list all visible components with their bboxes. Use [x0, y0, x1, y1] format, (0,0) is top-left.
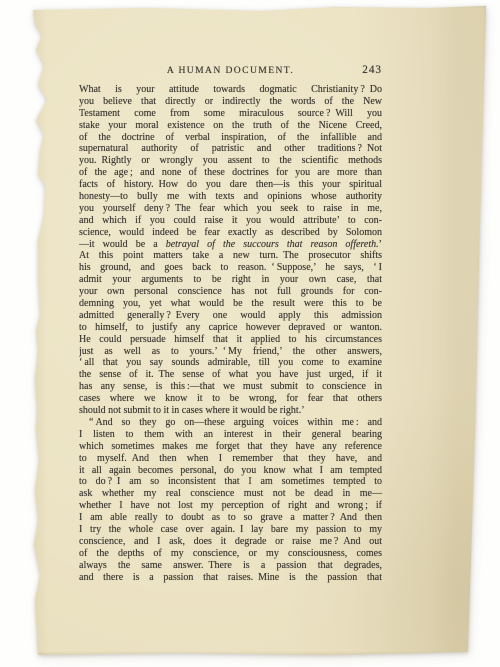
text-line: At this point matters take a new turn. T… — [79, 250, 382, 262]
text-line: should not submit to it in cases where i… — [79, 405, 382, 417]
text-line: to do ? I am so inconsistent that I am s… — [79, 476, 382, 488]
text-line: your own personal conscience has not ful… — [79, 286, 382, 298]
text-line: to himself, to justify any caprice howev… — [79, 322, 382, 334]
text-line: admit your arguments to be right in your… — [79, 274, 382, 286]
text-line: his ground, and goes back to reason. ‘ S… — [79, 262, 382, 274]
text-line: stake your moral existence on the truth … — [79, 120, 382, 132]
book-page: A HUMAN DOCUMENT. 243 What is your attit… — [28, 5, 488, 656]
text-line: supernatural authority of patristic and … — [79, 143, 382, 155]
text-line: of the doctrine of verbal inspiration, o… — [79, 132, 382, 144]
text-line: it all again becomes personal, do you kn… — [79, 465, 382, 477]
text-line: “ And so they go on—these arguing voices… — [79, 417, 382, 429]
text-line: and there is a passion that raises. Mine… — [79, 572, 382, 584]
text-line: I try the whole case over again. I lay b… — [79, 524, 382, 536]
text-line: you. Rightly or wrongly you assent to th… — [79, 155, 382, 167]
text-line: which sometimes makes me forget that the… — [79, 441, 382, 453]
text-line: you believe that directly or indirectly … — [79, 96, 382, 108]
text-line: conscience, and I ask, does it degrade o… — [79, 536, 382, 548]
text-line: He could persuade himself that it applie… — [79, 334, 382, 346]
text-line: admitted generally ? Every one would app… — [79, 310, 382, 322]
text-line: whether I have not lost my perception of… — [79, 500, 382, 512]
text-line: and which if you could raise it you woul… — [79, 215, 382, 227]
scanned-page: A HUMAN DOCUMENT. 243 What is your attit… — [0, 0, 500, 667]
body-text: What is your attitude towards dogmatic C… — [79, 84, 382, 583]
text-line: What is your attitude towards dogmatic C… — [79, 84, 382, 96]
text-line: of the age ; and none of these doctrines… — [79, 167, 382, 179]
text-line: of the depths of my conscience, or my co… — [79, 548, 382, 560]
text-line: always the same answer. There is a passi… — [79, 560, 382, 572]
page-header: A HUMAN DOCUMENT. 243 — [79, 65, 382, 79]
page-number: 243 — [362, 64, 382, 76]
text-line: just as well as to yours.’ ‘ My friend,’… — [79, 346, 382, 358]
text-line: has any sense, is this :—that we must su… — [79, 381, 382, 393]
text-line: the sense of it. The sense of what you h… — [79, 369, 382, 381]
text-line: facts of history. How do you dare then—i… — [79, 179, 382, 191]
text-line: demning you, yet what would be the resul… — [79, 298, 382, 310]
text-line: cases where we know it to be wrong, for … — [79, 393, 382, 405]
text-line: you yourself deny ? The fear which you s… — [79, 203, 382, 215]
text-line: ask whether my real conscience must not … — [79, 488, 382, 500]
scan-background: { "colors": { "background": "#fefefd", "… — [0, 0, 500, 667]
text-line: honesty—to bully me with texts and opini… — [79, 191, 382, 203]
text-line: ‘ all that you say sounds admirable, til… — [79, 357, 382, 369]
text-line: —it would be a betrayal of the succours … — [79, 239, 382, 251]
running-title: A HUMAN DOCUMENT. — [79, 65, 382, 76]
text-line: Testament come from some miraculous sour… — [79, 108, 382, 120]
text-line: to myself. And then when I remember that… — [79, 453, 382, 465]
text-line: I listen to them with an interest in the… — [79, 429, 382, 441]
text-line: I am able really to doubt as to so grave… — [79, 512, 382, 524]
text-line: science, would indeed be fear exactly as… — [79, 227, 382, 239]
